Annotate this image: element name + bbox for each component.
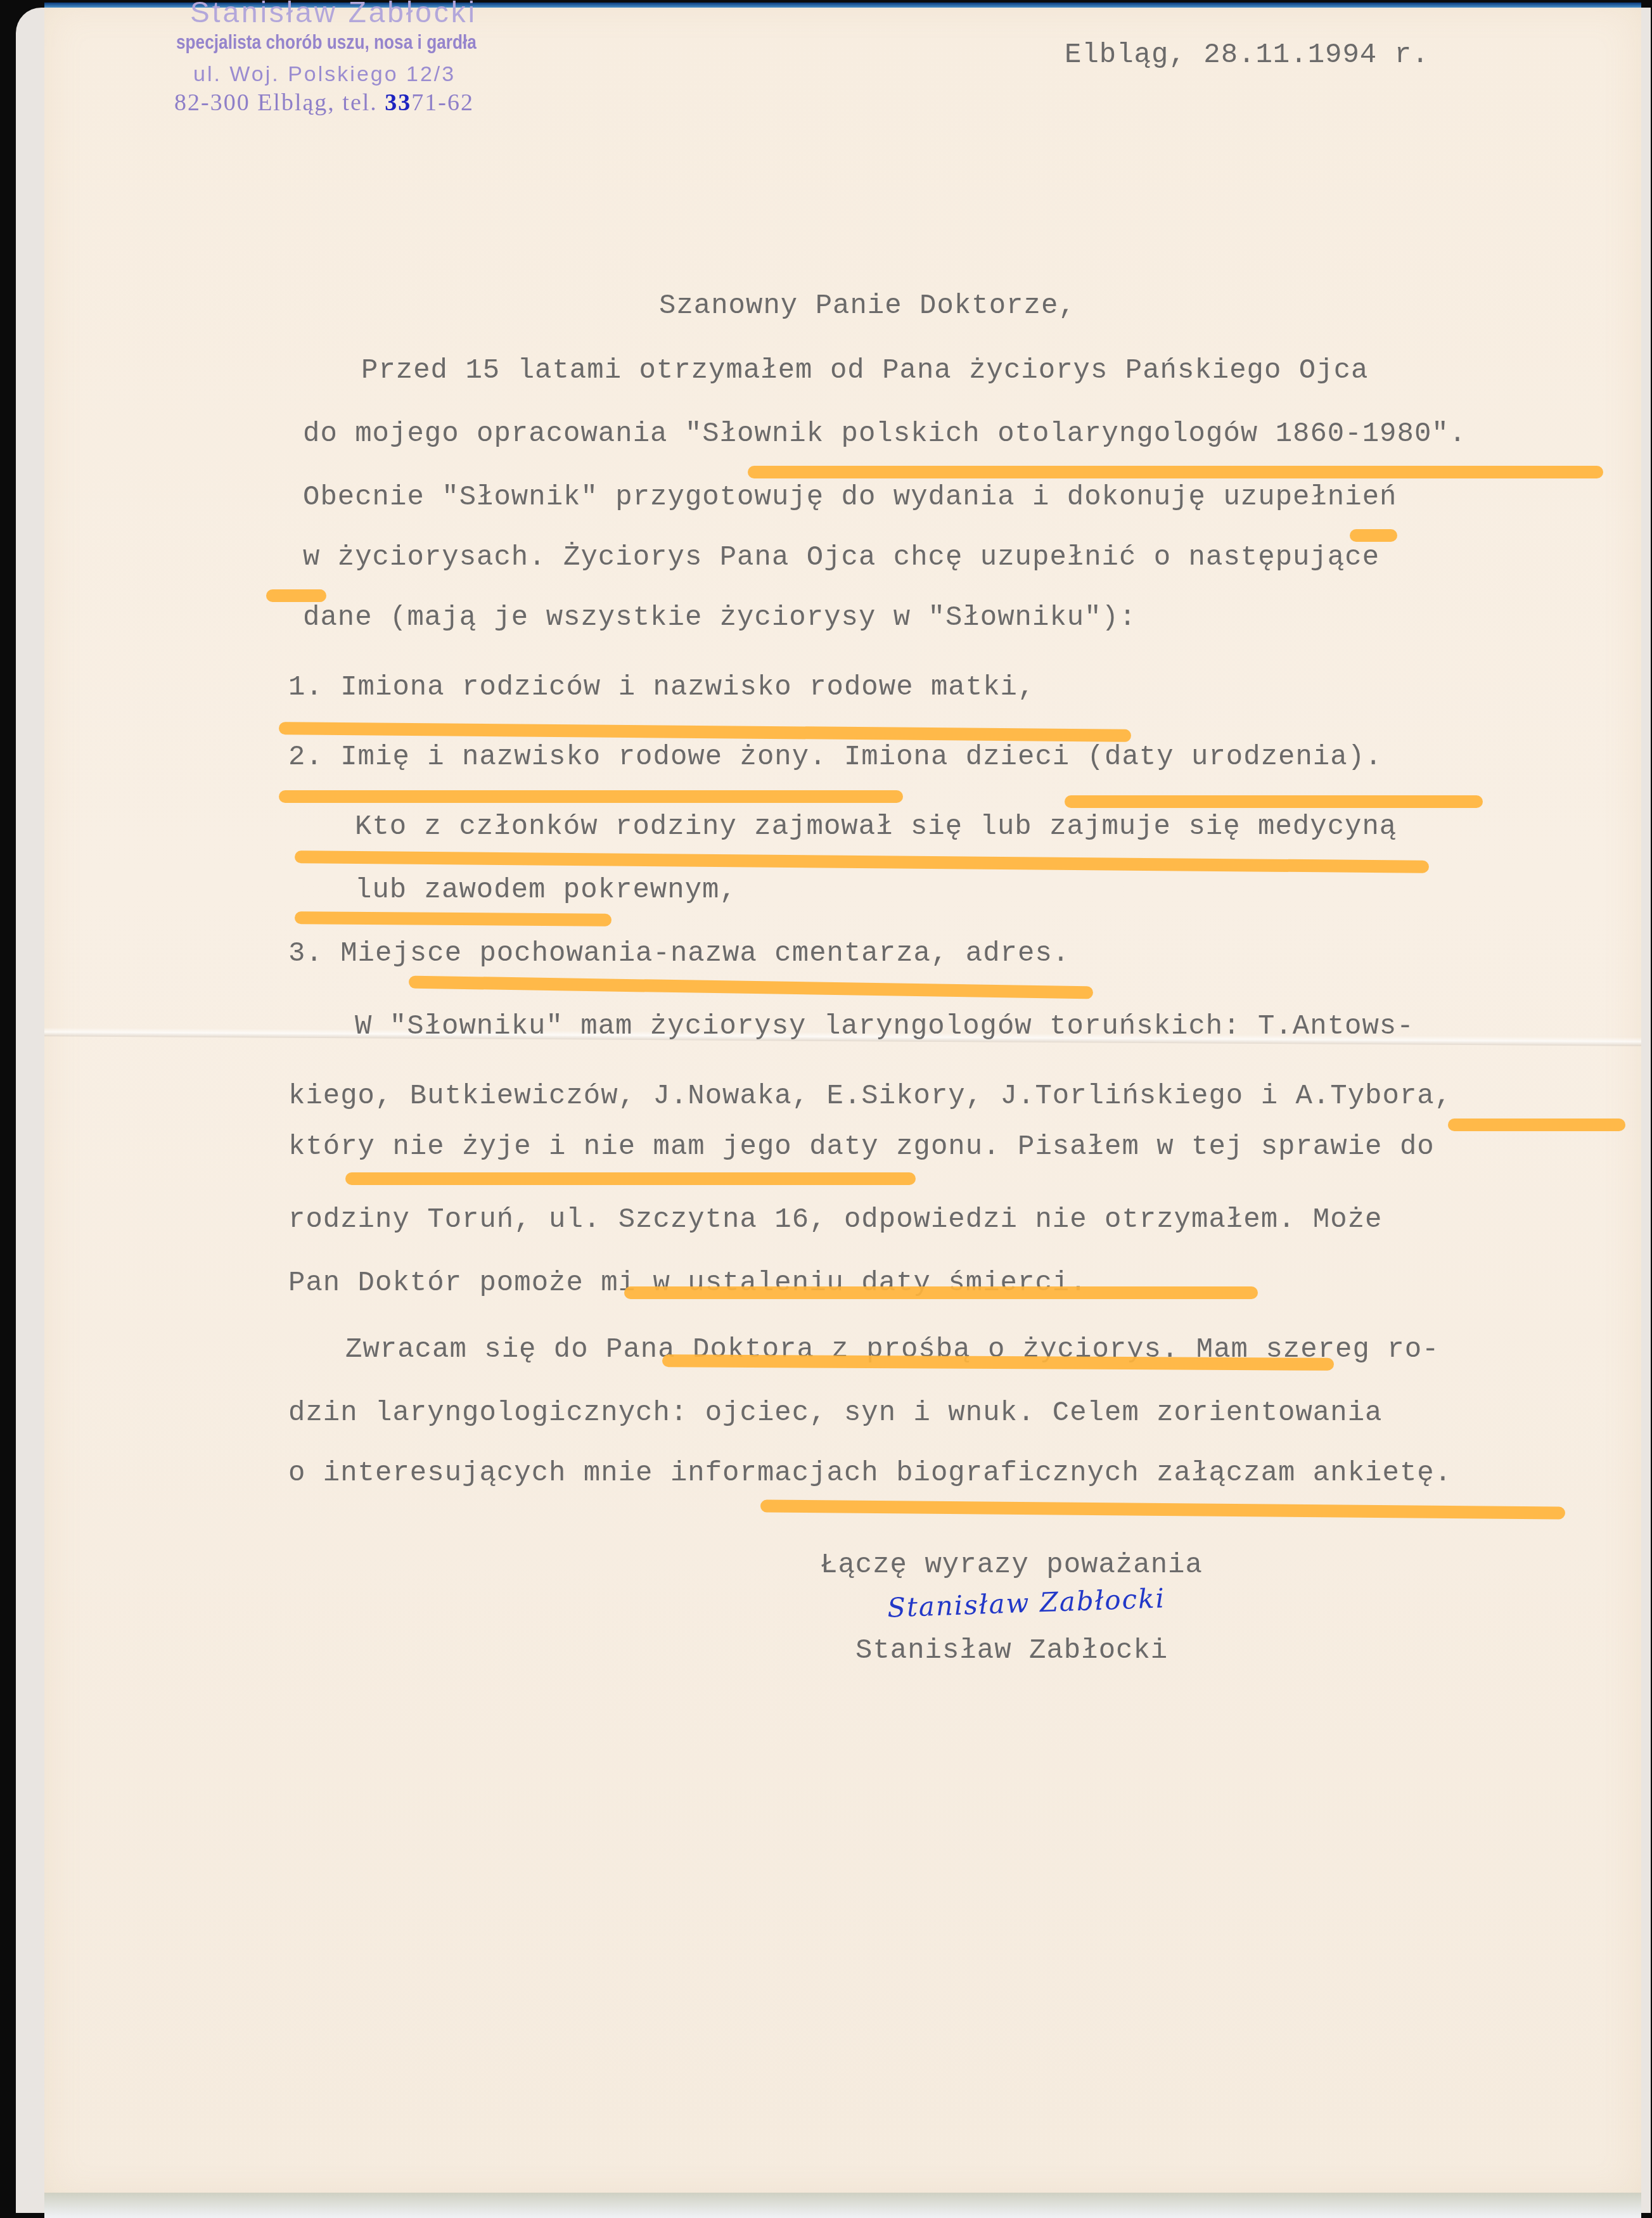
stamp-city: 82-300 Elbląg, tel. (174, 89, 385, 116)
highlight-underline (748, 466, 1603, 478)
body-line: Obecnie "Słownik" przygotowuję do wydani… (303, 482, 1397, 513)
stamp-phone: 71-62 (411, 89, 474, 116)
list-item-2-cont: Kto z członków rodziny zajmował się lub … (355, 811, 1397, 843)
highlight-underline (1065, 795, 1483, 808)
body-line: o interesujących mnie informacjach biogr… (288, 1458, 1452, 1489)
list-item-2-cont: lub zawodem pokrewnym, (355, 875, 737, 906)
list-item-2: 2. Imię i nazwisko rodowe żony. Imiona d… (288, 741, 1382, 773)
list-item-1: 1. Imiona rodziców i nazwisko rodowe mat… (288, 672, 1035, 703)
salutation: Szanowny Panie Doktorze, (659, 290, 1076, 322)
stamp-specialty: specjalista chorób uszu, nosa i gardła (176, 30, 477, 54)
typed-signature-name: Stanisław Zabłocki (855, 1635, 1168, 1667)
stamp-address: ul. Woj. Polskiego 12/3 (193, 62, 456, 87)
body-line: dane (mają je wszystkie życiorysy w "Sło… (303, 602, 1136, 634)
highlight-underline (1350, 529, 1397, 542)
closing: Łączę wyrazy poważania (821, 1549, 1203, 1581)
body-line: kiego, Butkiewiczów, J.Nowaka, E.Sikory,… (288, 1080, 1452, 1112)
stamp-name: Stanisław Zabłocki (190, 0, 477, 29)
list-item-3: 3. Miejsce pochowania-nazwa cmentarza, a… (288, 938, 1070, 970)
body-line: który nie żyje i nie mam jego daty zgonu… (288, 1131, 1435, 1163)
stamp-phone-correction: 33 (385, 89, 411, 116)
paper-bottom-edge (44, 2193, 1641, 2218)
body-line: Przed 15 latami otrzymałem od Pana życio… (361, 355, 1368, 387)
highlight-underline (279, 790, 903, 803)
body-line: W "Słowniku" mam życiorysy laryngologów … (355, 1011, 1414, 1042)
body-line: dzin laryngologicznych: ojciec, syn i wn… (288, 1397, 1382, 1429)
body-line: rodziny Toruń, ul. Szczytna 16, odpowied… (288, 1204, 1382, 1236)
body-line: do mojego opracowania "Słownik polskich … (303, 418, 1466, 450)
body-line: w życiorysach. Życiorys Pana Ojca chcę u… (303, 542, 1380, 574)
highlight-underline (345, 1172, 916, 1185)
stamp-city-phone: 82-300 Elbląg, tel. 3371-62 (174, 89, 474, 117)
highlight-underline (266, 589, 326, 602)
highlight-underline (295, 911, 611, 926)
highlight-underline (624, 1286, 1258, 1299)
highlight-underline (1448, 1119, 1625, 1131)
letter-date: Elbląg, 28.11.1994 r. (1065, 39, 1430, 71)
